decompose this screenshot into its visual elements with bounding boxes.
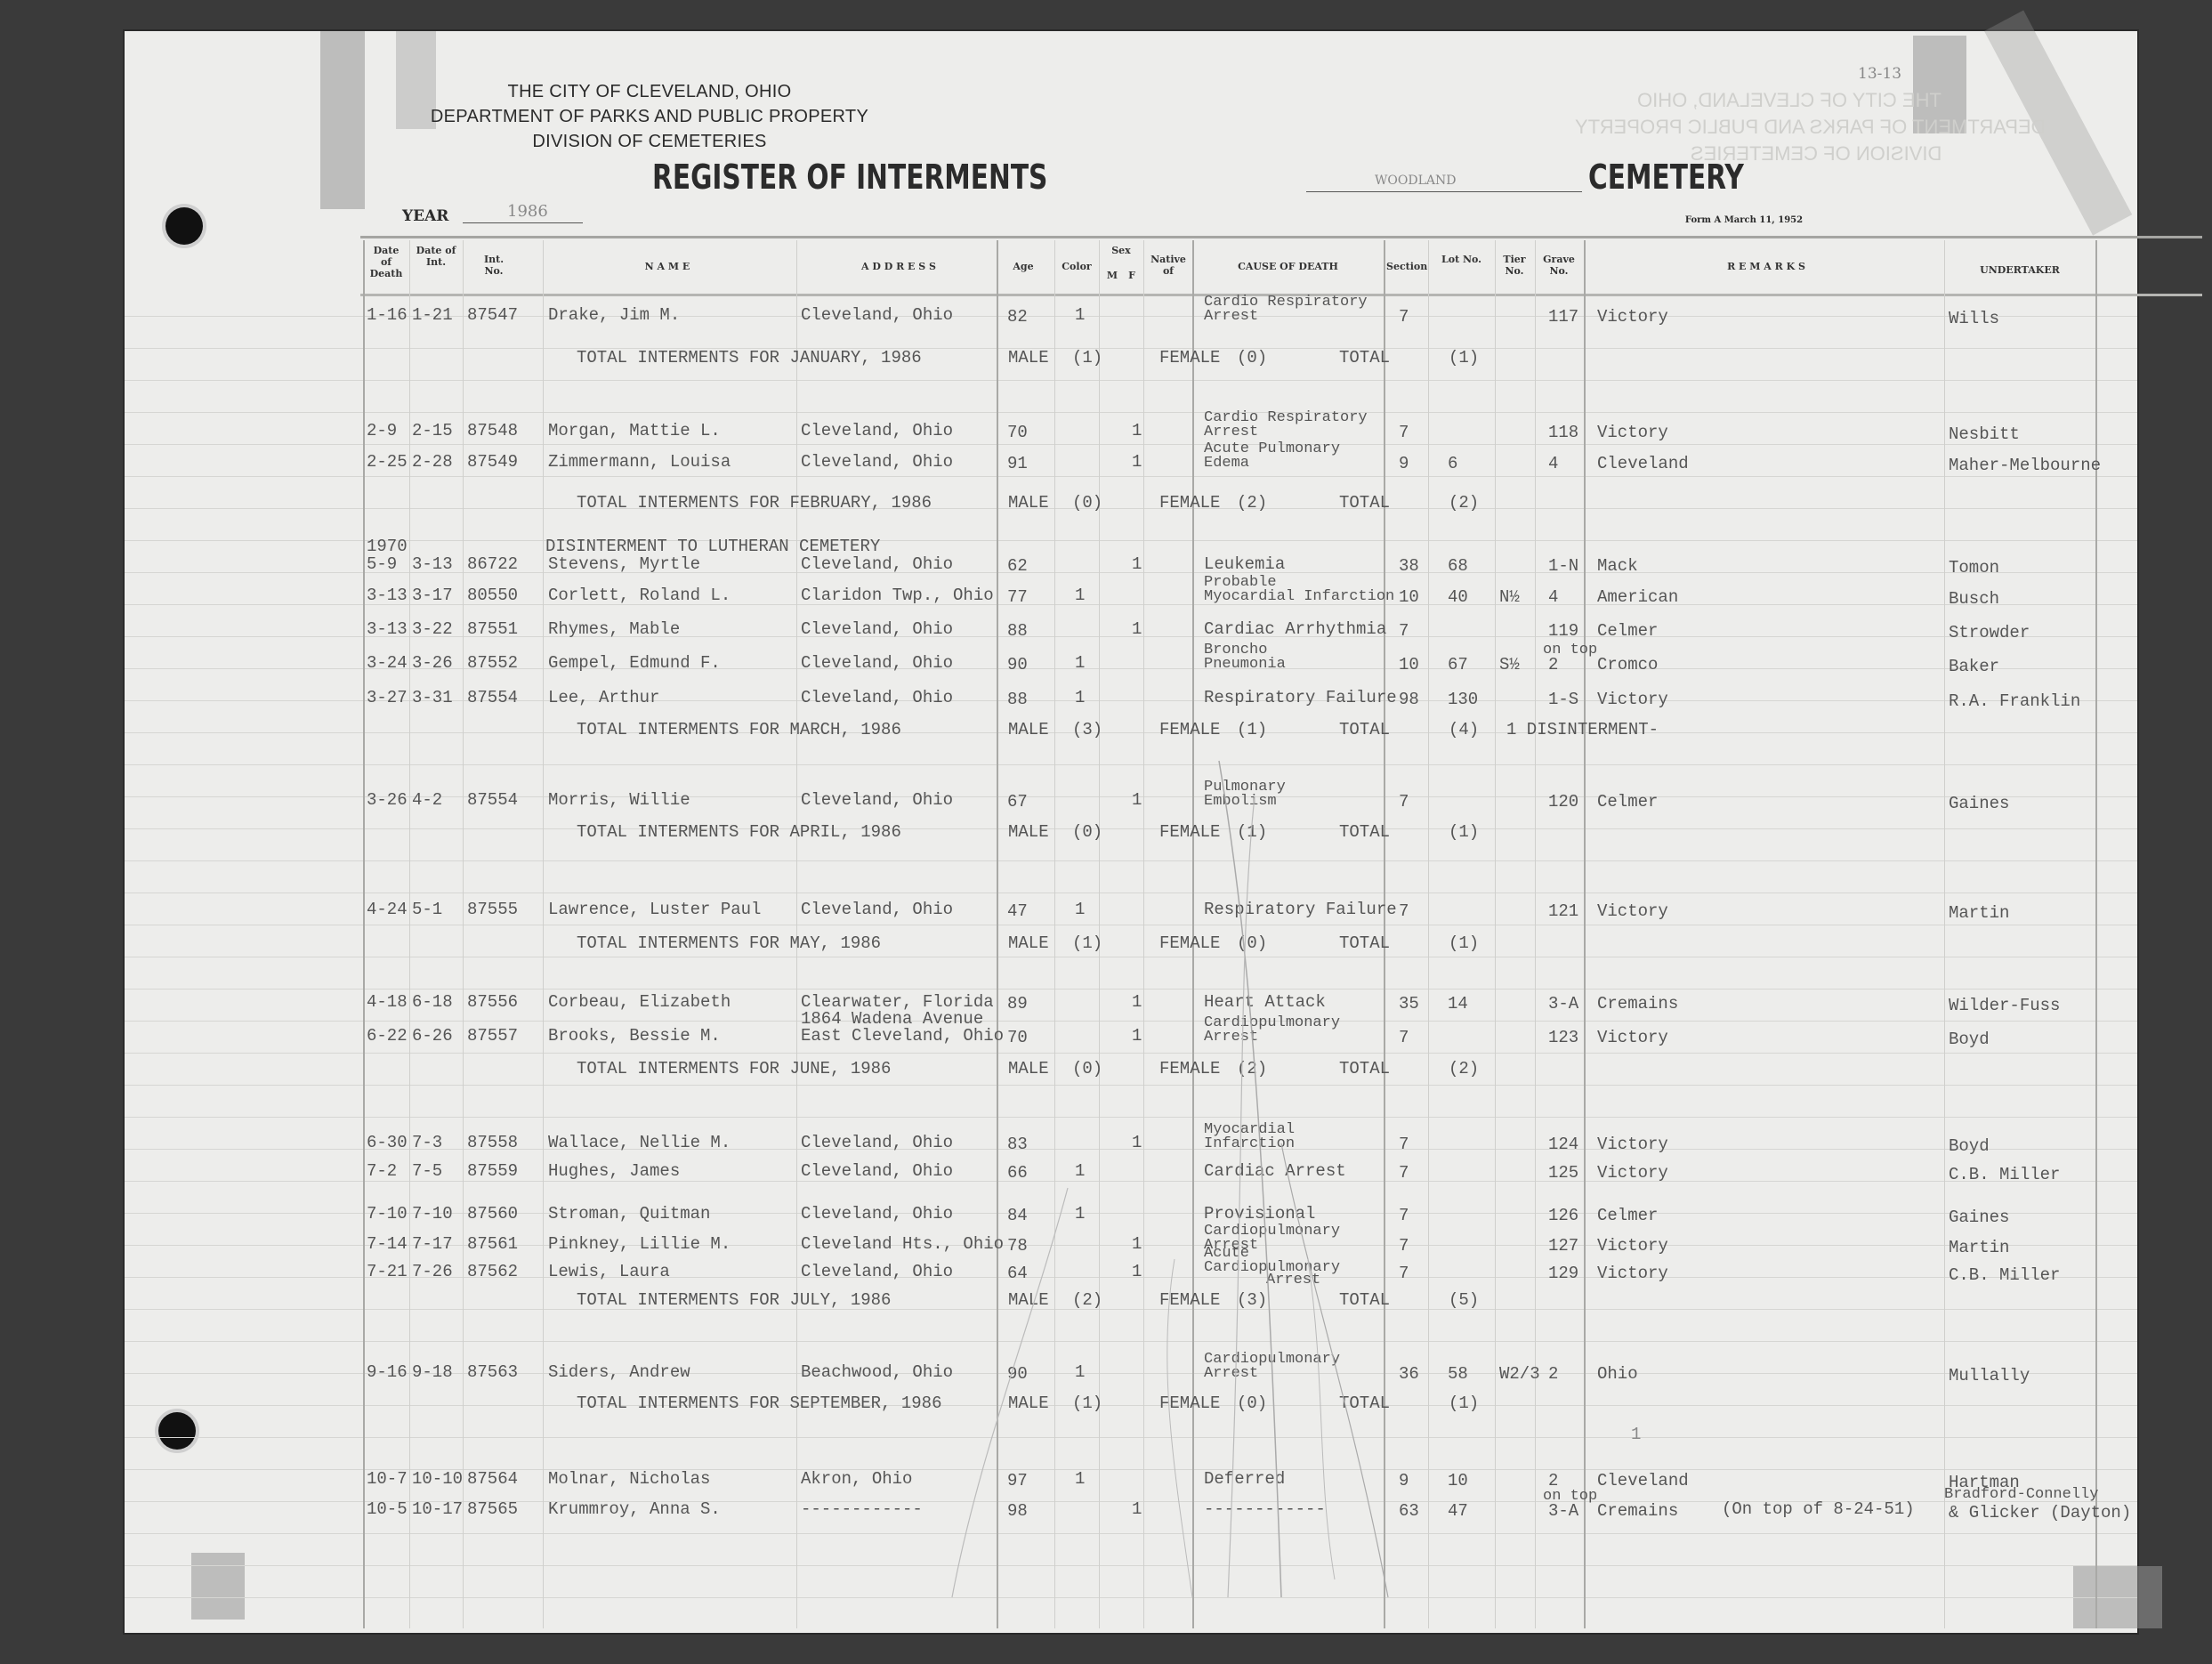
pencil-scribbles [125, 31, 2137, 1633]
register-page: THE CITY OF CLEVELAND, OHIO DEPARTMENT O… [125, 31, 2137, 1633]
